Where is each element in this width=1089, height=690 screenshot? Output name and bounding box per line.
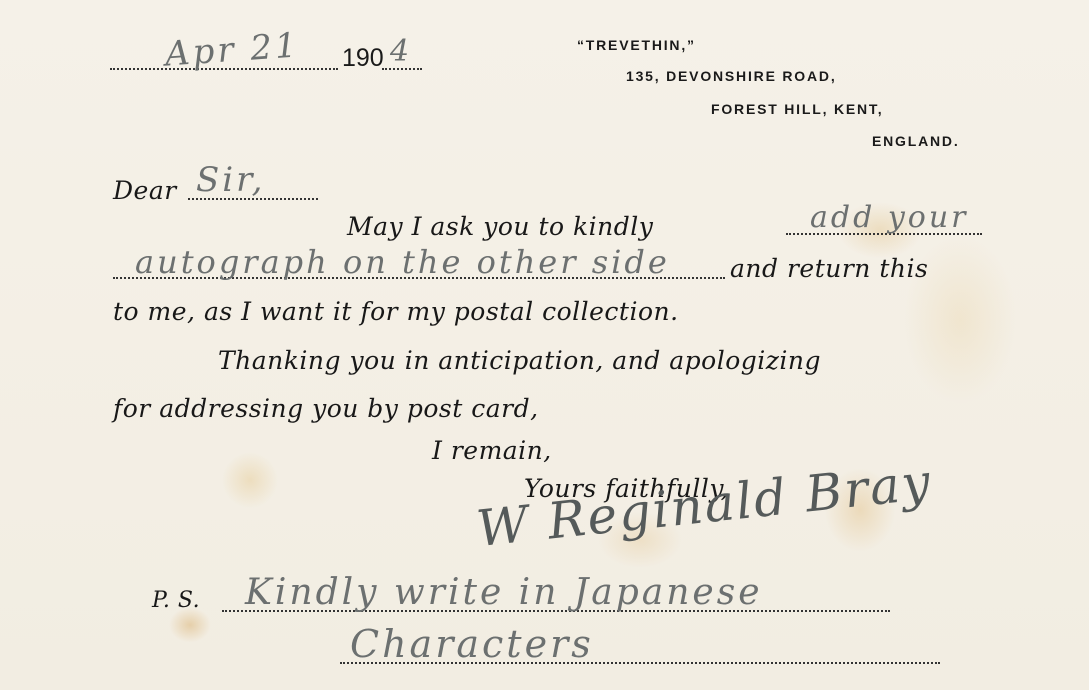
printed-year-prefix: 190 [342, 44, 384, 73]
body-line-3: to me, as I want it for my postal collec… [113, 297, 679, 326]
body-line-1: May I ask you to kindly [347, 212, 653, 241]
postcard: Apr 21 190 4 “TREVETHIN,” 135, DEVONSHIR… [0, 0, 1089, 690]
body-line-1-handwritten: add your [810, 200, 969, 235]
address-street: 135, DEVONSHIRE ROAD, [626, 68, 837, 84]
body-line-2: and return this [730, 254, 928, 283]
salutation-printed: Dear [113, 176, 177, 205]
address-house-name: “TREVETHIN,” [577, 37, 696, 53]
postscript-handwritten-1: Kindly write in Japanese [245, 572, 763, 613]
closing-remain: I remain, [432, 436, 552, 465]
postscript-handwritten-2: Characters [350, 622, 594, 666]
body-line-2-handwritten: autograph on the other side [135, 243, 670, 281]
postscript-label: P. S. [152, 588, 200, 613]
salutation-handwritten: Sir, [196, 160, 266, 200]
body-line-4: Thanking you in anticipation, and apolog… [218, 346, 821, 375]
address-country: ENGLAND. [872, 133, 960, 149]
address-town: FOREST HILL, KENT, [711, 101, 883, 117]
signature: W Reginald Bray [474, 453, 935, 558]
body-line-5: for addressing you by post card, [113, 394, 539, 423]
handwritten-year-suffix: 4 [390, 34, 412, 69]
